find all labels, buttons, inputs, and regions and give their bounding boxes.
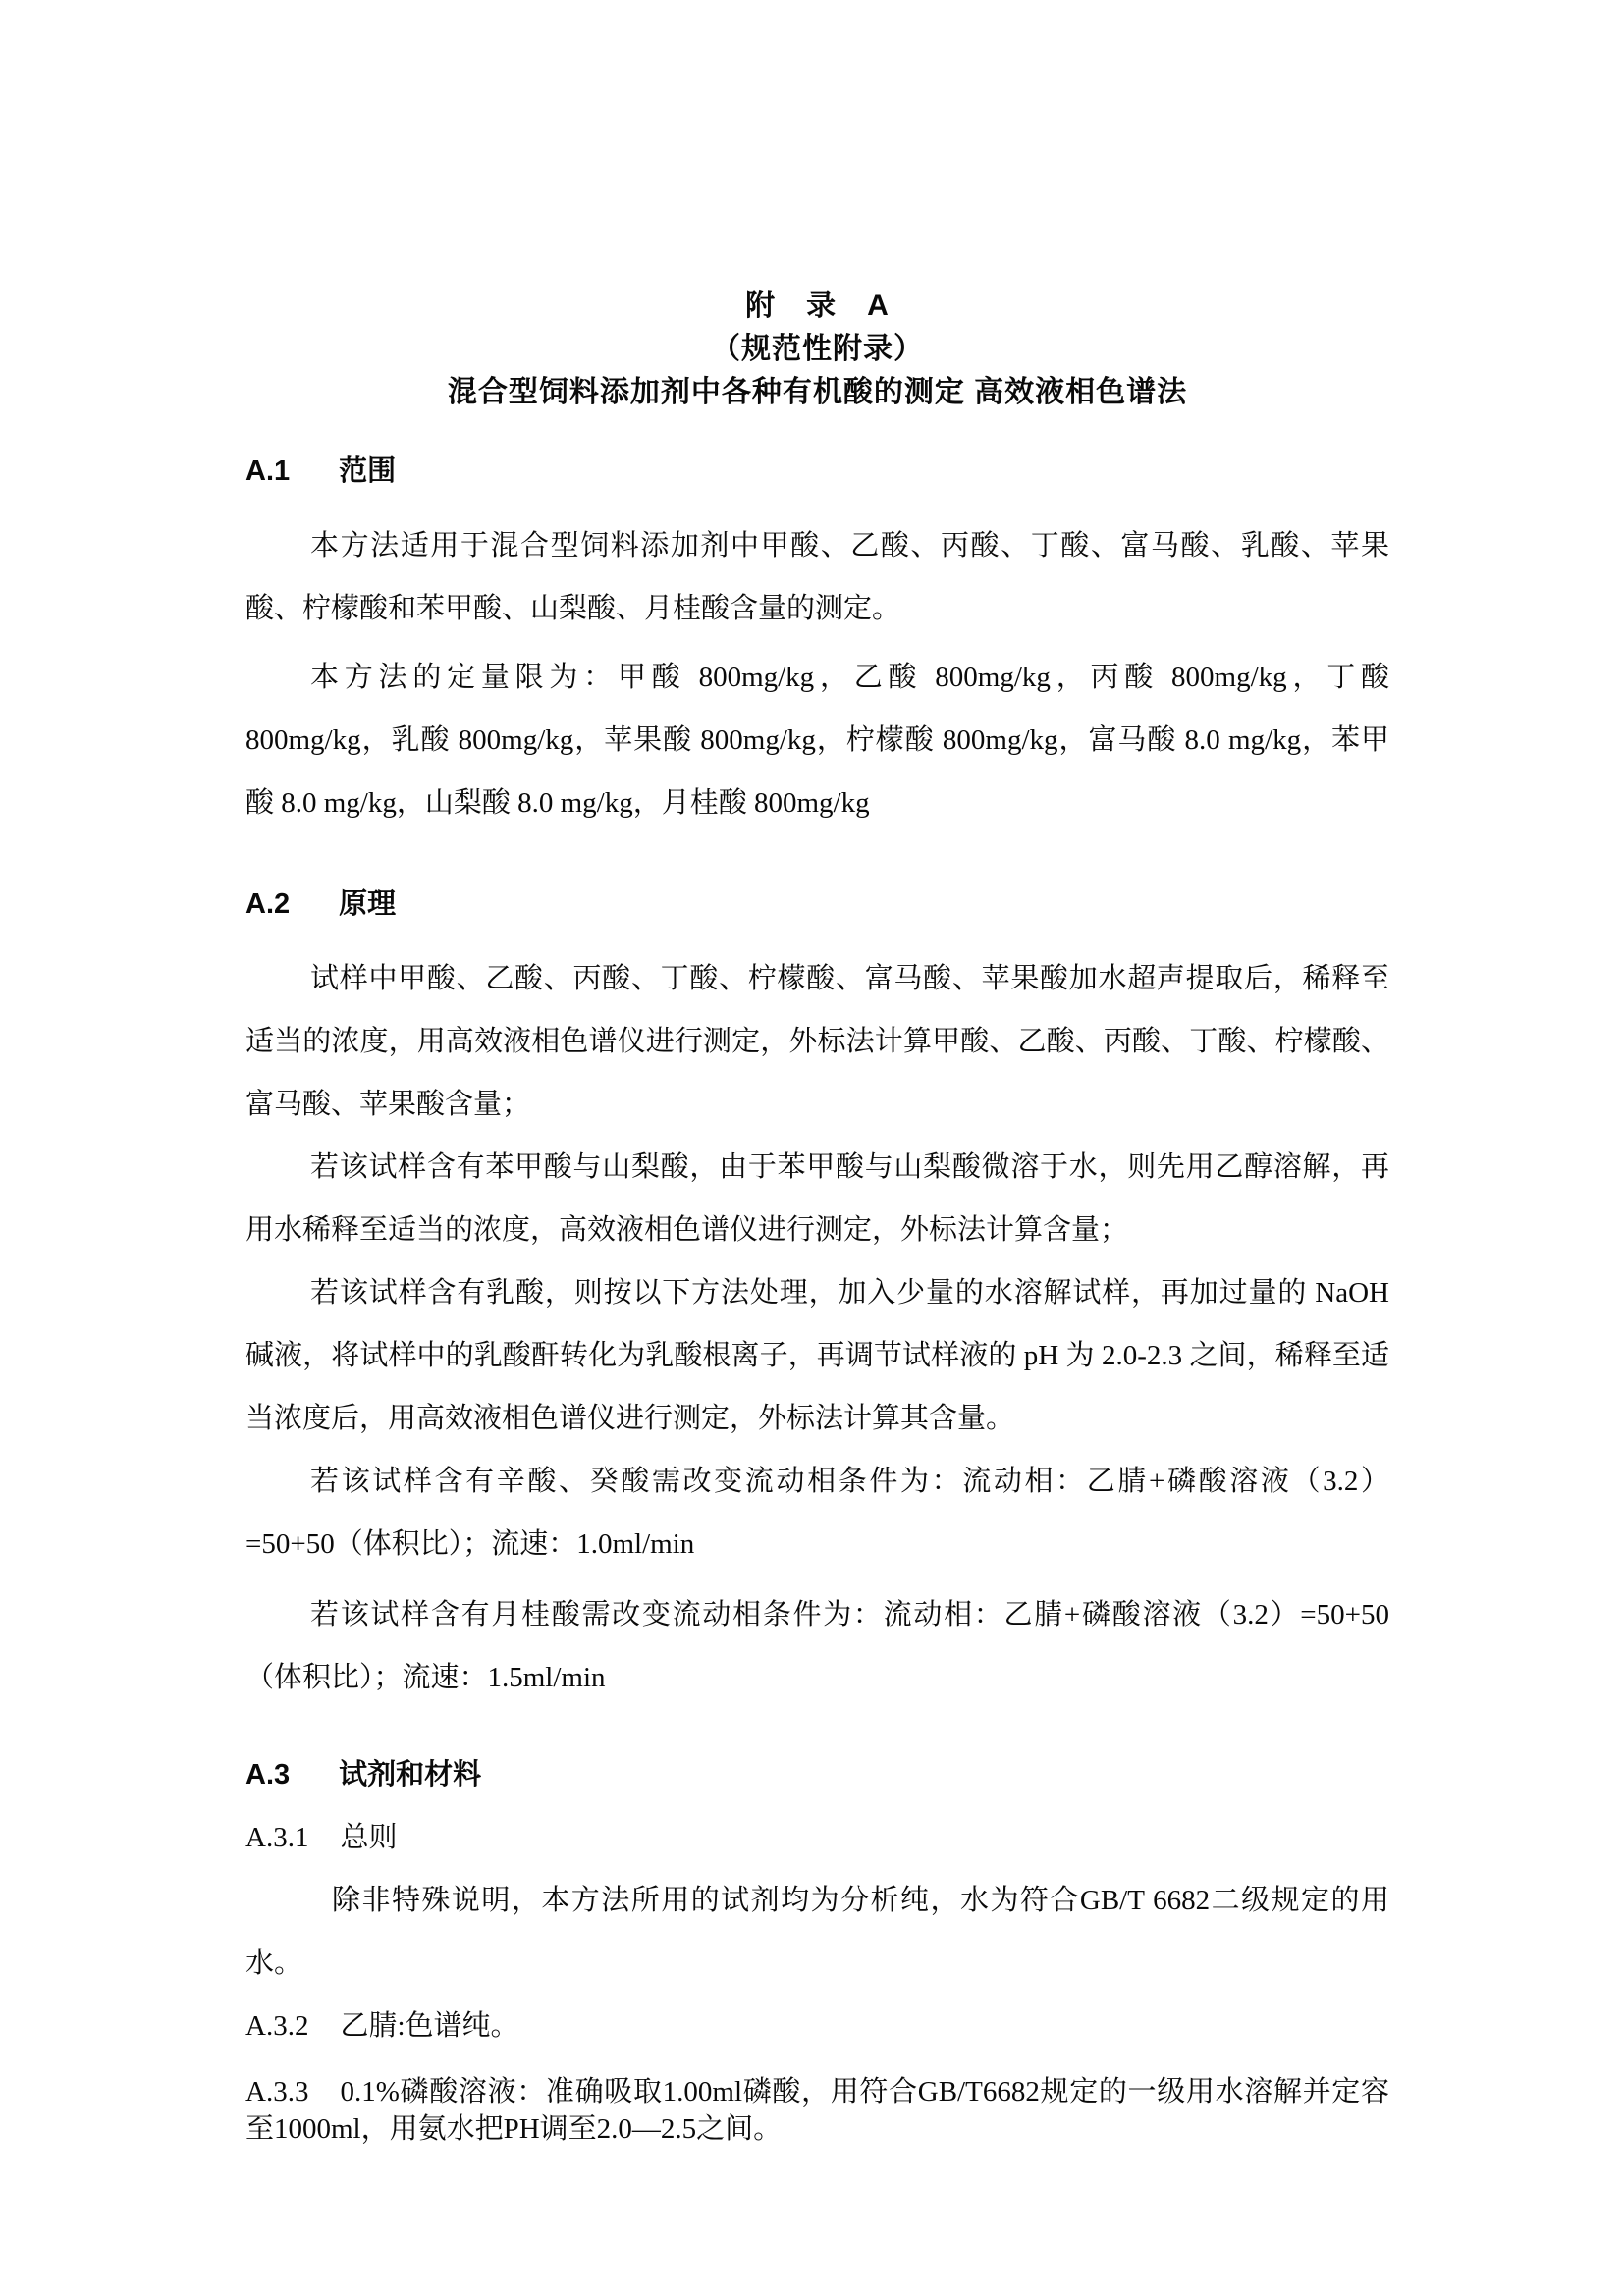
section-heading-a1: A.1范围	[245, 440, 1389, 503]
appendix-method-title: 混合型饲料添加剂中各种有机酸的测定 高效液相色谱法	[245, 371, 1389, 414]
document-page: 附 录 A （规范性附录） 混合型饲料添加剂中各种有机酸的测定 高效液相色谱法 …	[0, 0, 1624, 2296]
appendix-label: 附 录 A	[245, 285, 1389, 328]
paragraph-quantitation-limits: 本方法的定量限为：甲酸 800mg/kg，乙酸 800mg/kg，丙酸 800m…	[245, 646, 1389, 834]
appendix-title-block: 附 录 A （规范性附录） 混合型饲料添加剂中各种有机酸的测定 高效液相色谱法	[245, 285, 1389, 414]
clause-a3-2-text: 乙腈:色谱纯。	[340, 2010, 518, 2042]
section-a2-number: A.2	[245, 888, 290, 920]
section-a1-number: A.1	[245, 455, 290, 487]
section-a2-title: 原理	[339, 888, 396, 920]
clause-a3-3-text: 0.1%磷酸溶液：准确吸取1.00ml磷酸，用符合GB/T6682规定的一级用水…	[245, 2076, 1389, 2145]
paragraph-principle-lauric: 若该试样含有月桂酸需改变流动相条件为：流动相：乙腈+磷酸溶液（3.2）=50+5…	[245, 1583, 1389, 1709]
section-heading-a3: A.3试剂和材料	[245, 1743, 1389, 1806]
section-heading-a2: A.2原理	[245, 873, 1389, 935]
paragraph-principle-extraction: 试样中甲酸、乙酸、丙酸、丁酸、柠檬酸、富马酸、苹果酸加水超声提取后，稀释至适当的…	[245, 947, 1389, 1136]
paragraph-principle-caprylic-capric: 若该试样含有辛酸、癸酸需改变流动相条件为：流动相：乙腈+磷酸溶液（3.2）=50…	[245, 1450, 1389, 1575]
clause-a3-2: A.3.2乙腈:色谱纯。	[245, 1995, 1389, 2057]
paragraph-principle-benzoic-sorbic: 若该试样含有苯甲酸与山梨酸，由于苯甲酸与山梨酸微溶于水，则先用乙醇溶解，再用水稀…	[245, 1136, 1389, 1261]
section-a1-title: 范围	[339, 455, 396, 487]
section-a3-title: 试剂和材料	[339, 1759, 481, 1790]
section-a3-number: A.3	[245, 1759, 290, 1790]
paragraph-scope-applicability: 本方法适用于混合型饲料添加剂中甲酸、乙酸、丙酸、丁酸、富马酸、乳酸、苹果酸、柠檬…	[245, 514, 1389, 640]
clause-a3-3-number: A.3.3	[245, 2076, 308, 2108]
clause-a3-1-number: A.3.1	[245, 1822, 308, 1853]
paragraph-principle-lactic: 若该试样含有乳酸，则按以下方法处理，加入少量的水溶解试样，再加过量的 NaOH …	[245, 1261, 1389, 1450]
clause-a3-1-text: 总则	[340, 1822, 397, 1853]
appendix-type: （规范性附录）	[245, 328, 1389, 371]
clause-a3-1: A.3.1总则	[245, 1806, 1389, 1869]
clause-a3-3: A.3.30.1%磷酸溶液：准确吸取1.00ml磷酸，用符合GB/T6682规定…	[245, 2073, 1389, 2148]
paragraph-general-reagents: 除非特殊说明，本方法所用的试剂均为分析纯，水为符合GB/T 6682二级规定的用…	[245, 1869, 1389, 1995]
clause-a3-2-number: A.3.2	[245, 2010, 308, 2042]
